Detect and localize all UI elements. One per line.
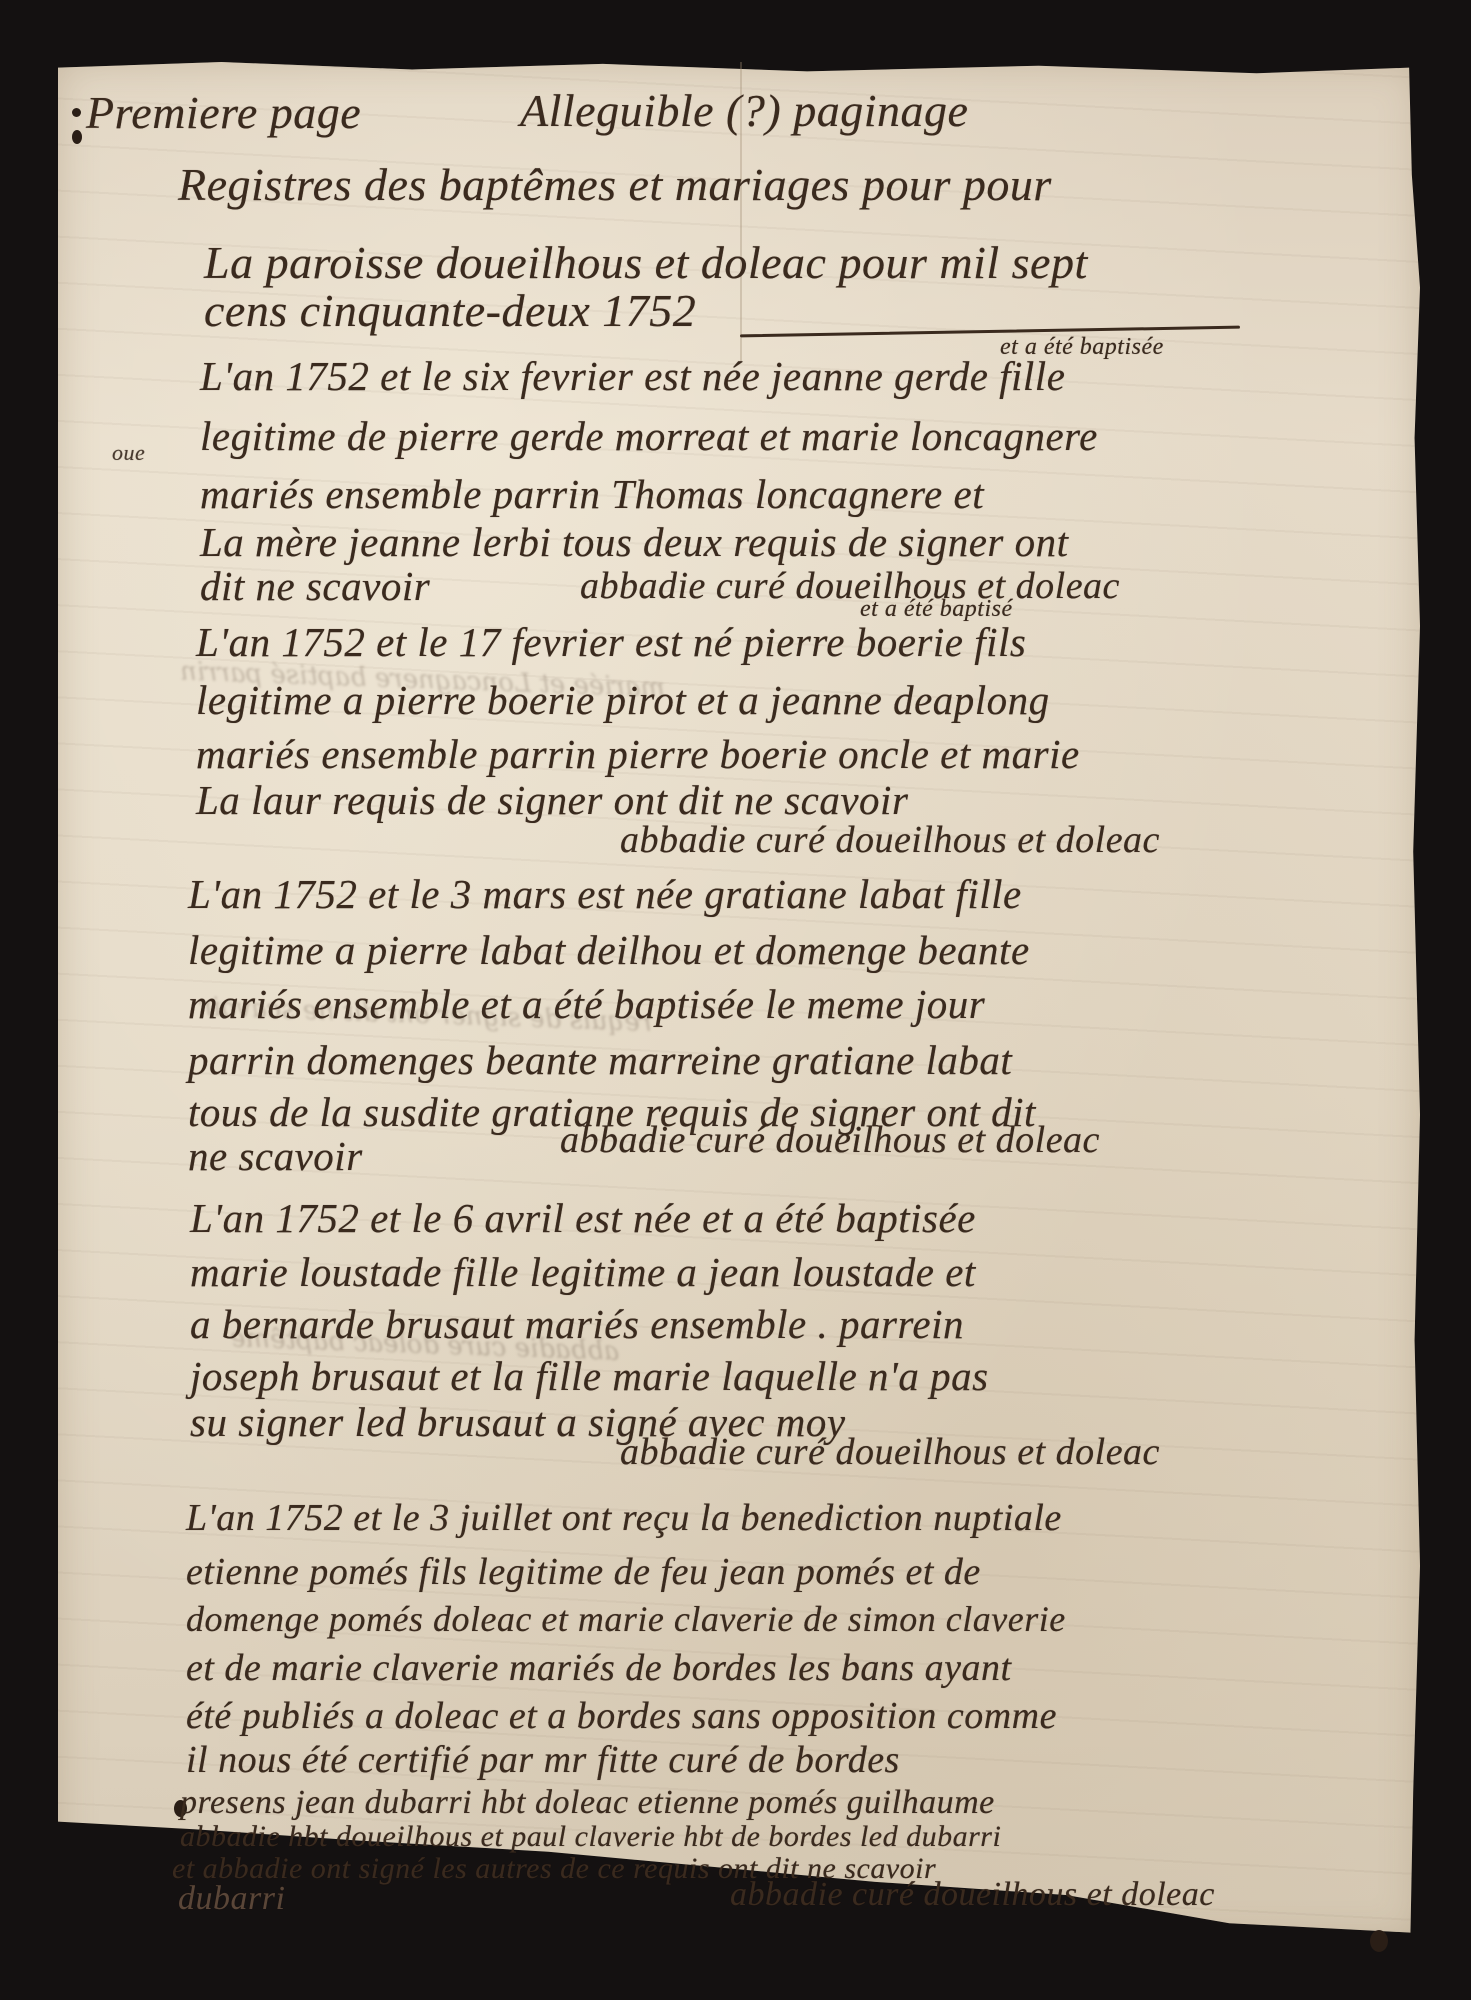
ink-blot — [1370, 1930, 1388, 1952]
entry-5-line-8: abbadie hbt doueilhous et paul claverie … — [180, 1820, 1001, 1854]
entry-4-signature: abbadie curé doueilhous et doleac — [620, 1430, 1160, 1474]
entry-5-signature: abbadie curé doueilhous et doleac — [730, 1876, 1215, 1914]
entry-3-line-2: legitime a pierre labat deilhou et domen… — [188, 926, 1030, 974]
entry-5-line-5: été publiés a doleac et a bordes sans op… — [186, 1694, 1057, 1738]
entry-1-line-5: dit ne scavoir — [200, 562, 430, 610]
entry-5-witness-signature: dubarri — [178, 1880, 285, 1918]
entry-2-line-1: L'an 1752 et le 17 fevrier est né pierre… — [196, 618, 1026, 666]
entry-3-signature: abbadie curé doueilhous et doleac — [560, 1118, 1100, 1162]
entry-4-line-4: joseph brusaut et la fille marie laquell… — [190, 1352, 989, 1400]
entry-5-line-1: L'an 1752 et le 3 juillet ont reçu la be… — [186, 1496, 1062, 1540]
entry-3-line-4: parrin domenges beante marreine gratiane… — [188, 1036, 1012, 1084]
entry-4-line-3: a bernarde brusaut mariés ensemble . par… — [190, 1300, 964, 1348]
entry-4-line-1: L'an 1752 et le 6 avril est née et a été… — [190, 1194, 976, 1242]
entry-5-line-3: domenge pomés doleac et marie claverie d… — [186, 1598, 1066, 1640]
entry-3-line-6: ne scavoir — [188, 1132, 363, 1180]
page-header-left: Premiere page — [86, 86, 361, 139]
entry-2-signature: abbadie curé doueilhous et doleac — [620, 818, 1160, 862]
entry-1-line-2: legitime de pierre gerde morreat et mari… — [200, 412, 1098, 460]
entry-1-signature: abbadie curé doueilhous et doleac — [580, 564, 1120, 608]
entry-2-line-2: legitime a pierre boerie pirot et a jean… — [196, 676, 1050, 724]
entry-1-line-1: L'an 1752 et le six fevrier est née jean… — [200, 352, 1065, 400]
entry-2-line-3: mariés ensemble parrin pierre boerie onc… — [196, 730, 1080, 778]
title-line-3: cens cinquante-deux 1752 — [204, 284, 696, 337]
entry-5-line-6: il nous été certifié par mr fitte curé d… — [186, 1738, 900, 1782]
entry-5-line-2: etienne pomés fils legitime de feu jean … — [186, 1550, 981, 1594]
title-line-1: Registres des baptêmes et mariages pour … — [178, 158, 1052, 211]
entry-1-line-4: La mère jeanne lerbi tous deux requis de… — [200, 518, 1069, 566]
entry-5-line-7: presens jean dubarri hbt doleac etienne … — [180, 1784, 995, 1822]
page-header-right: Alleguible (?) paginage — [520, 84, 968, 137]
title-line-2: La paroisse doueilhous et doleac pour mi… — [204, 236, 1088, 289]
margin-note: oue — [112, 440, 145, 466]
binding-hole — [72, 130, 82, 144]
entry-5-line-4: et de marie claverie mariés de bordes le… — [186, 1646, 1012, 1690]
entry-3-line-3: mariés ensemble et a été baptisée le mem… — [188, 980, 985, 1028]
entry-4-line-2: marie loustade fille legitime a jean lou… — [190, 1248, 976, 1296]
entry-2-line-4: La laur requis de signer ont dit ne scav… — [196, 776, 908, 824]
entry-3-line-1: L'an 1752 et le 3 mars est née gratiane … — [188, 870, 1022, 918]
entry-1-line-3: mariés ensemble parrin Thomas loncagnere… — [200, 470, 984, 518]
binding-hole — [72, 108, 81, 117]
